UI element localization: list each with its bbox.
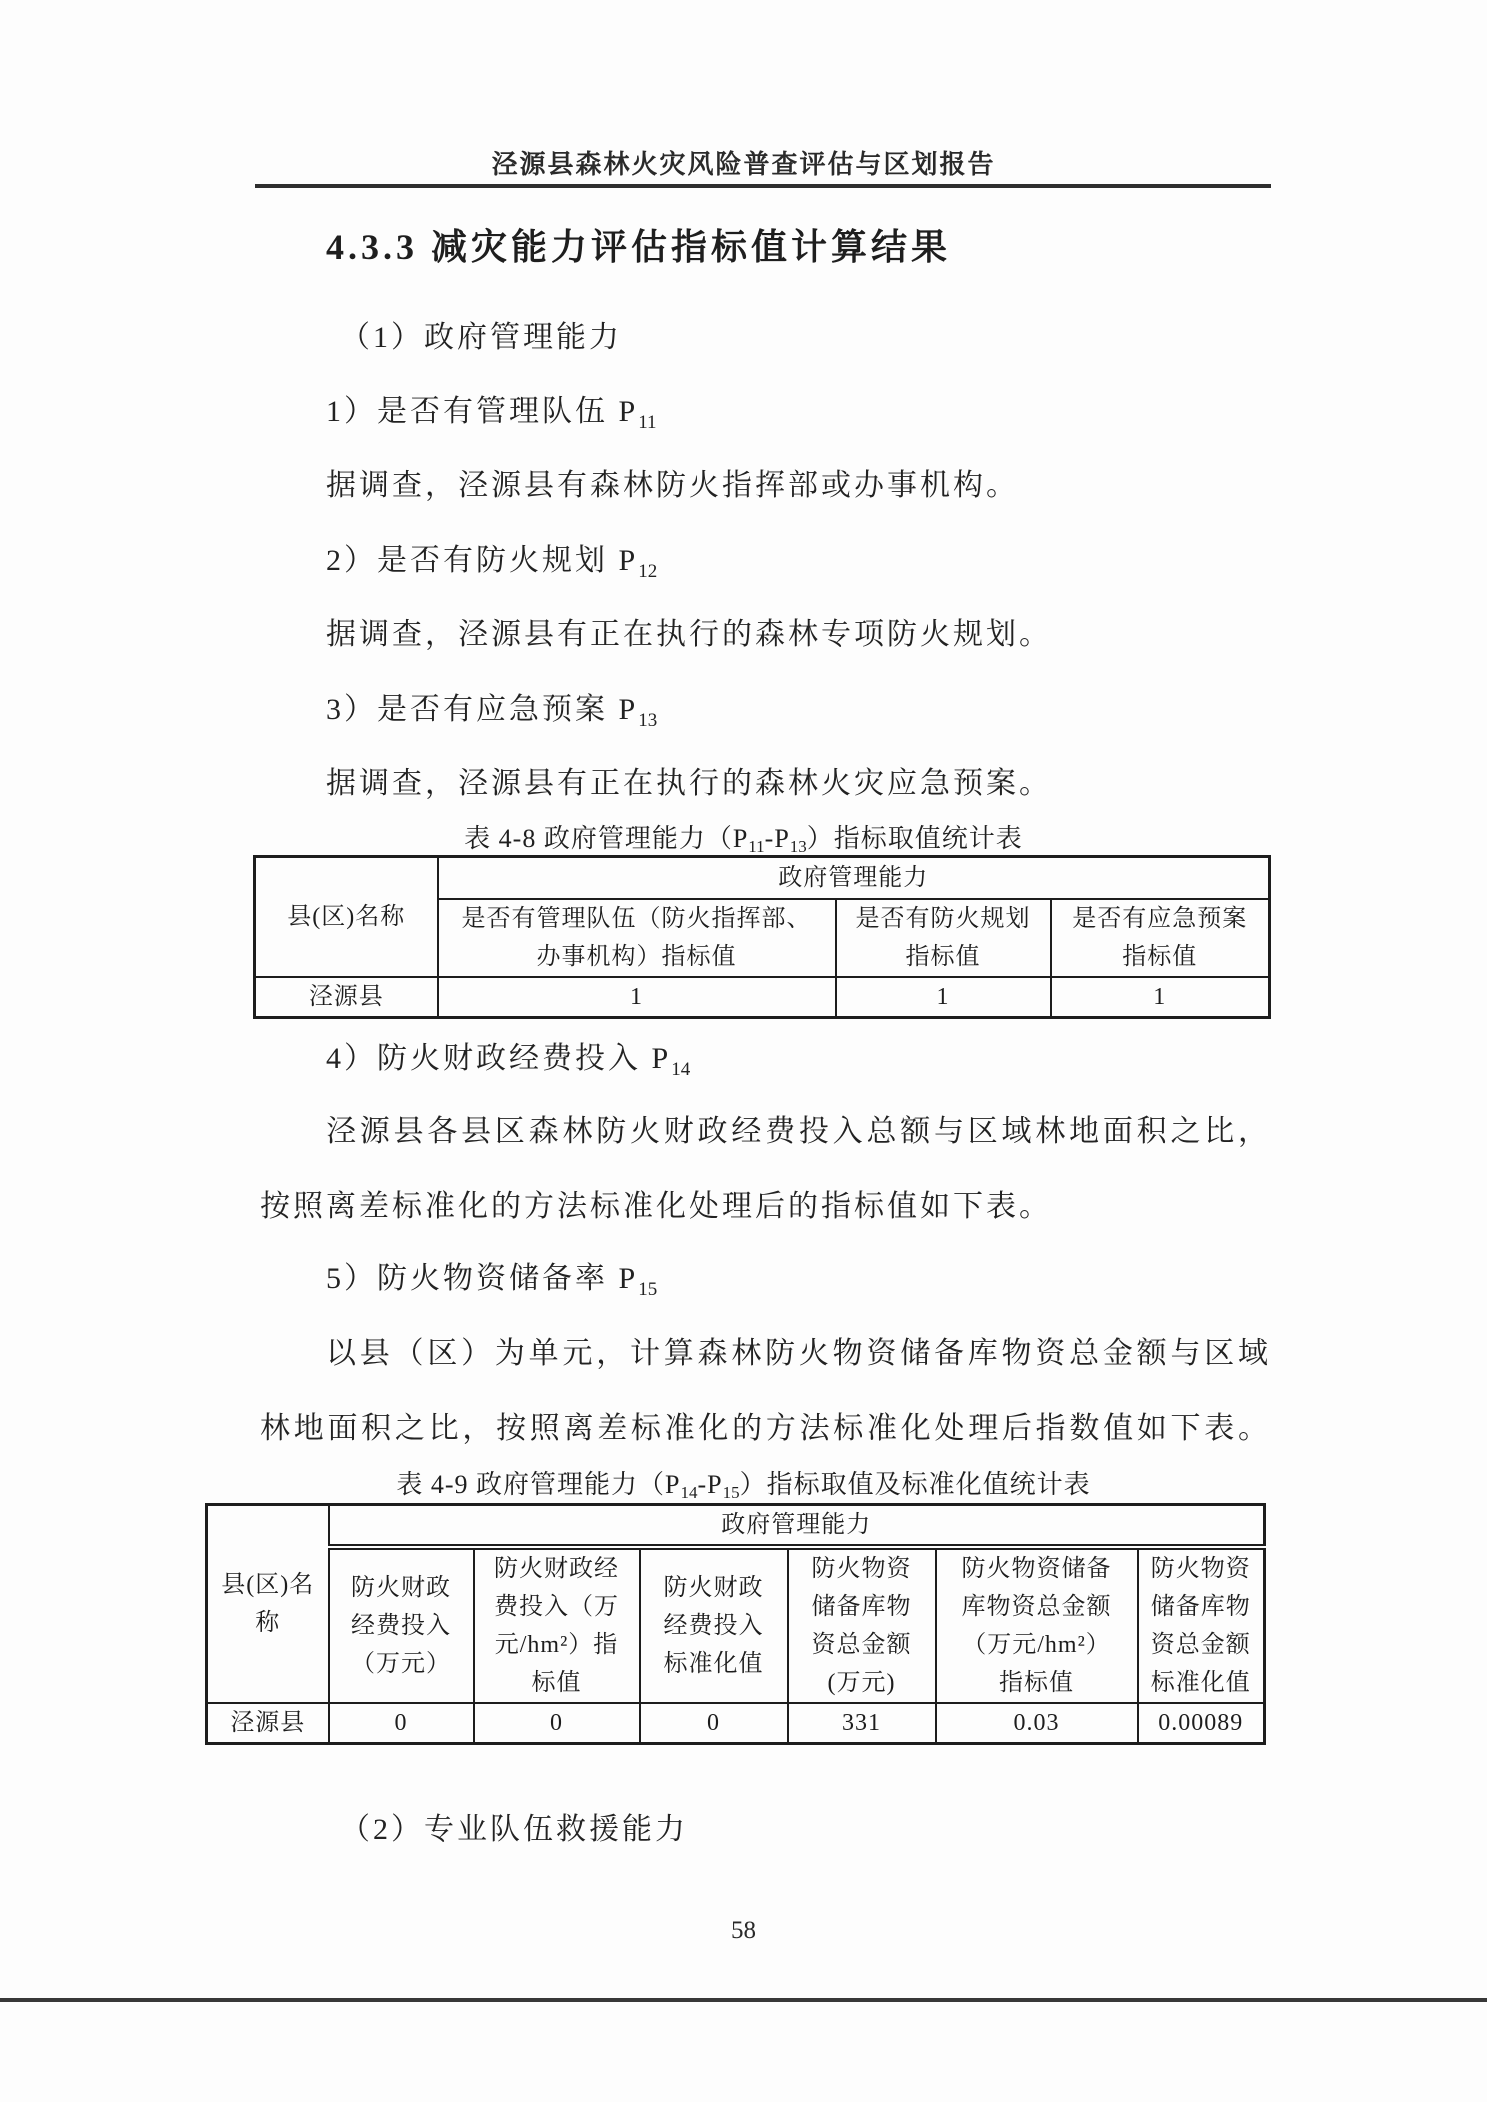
subsection-heading-2: （2）专业队伍救援能力 <box>340 1812 688 1848</box>
caption-text: -P <box>697 1470 722 1499</box>
data-cell: 0 <box>329 1703 474 1744</box>
list-item-5-text: 5）防火物资储备率 P <box>326 1262 638 1295</box>
data-cell: 0.00089 <box>1138 1703 1265 1744</box>
list-item-5: 5）防火物资储备率 P15 <box>326 1261 657 1297</box>
data-cell: 1 <box>438 977 836 1018</box>
table-row: 泾源县 0 0 0 331 0.03 0.00089 <box>207 1703 1265 1744</box>
table-4-8-caption: 表 4-8 政府管理能力（P11-P13）指标取值统计表 <box>0 818 1487 855</box>
caption-subscript: 14 <box>680 1483 697 1502</box>
caption-text: -P <box>765 824 790 853</box>
table-4-9: 县(区)名 称 政府管理能力 防火财政 经费投入 （万元） 防火财政经 费投入（… <box>205 1503 1266 1745</box>
paragraph-1: 据调查，泾源县有森林防火指挥部或办事机构。 <box>326 468 1019 504</box>
corner-header-cell: 县(区)名称 <box>255 857 438 977</box>
list-item-3: 3）是否有应急预案 P13 <box>326 692 657 728</box>
table-row: 泾源县 1 1 1 <box>255 977 1270 1018</box>
paragraph-2: 据调查，泾源县有正在执行的森林专项防火规划。 <box>326 617 1052 653</box>
paragraph-4-line-1: 泾源县各县区森林防火财政经费投入总额与区域林地面积之比， <box>260 1114 1271 1150</box>
caption-subscript: 13 <box>790 837 807 856</box>
paragraph-3: 据调查，泾源县有正在执行的森林火灾应急预案。 <box>326 766 1052 802</box>
page-number: 58 <box>0 1917 1487 1945</box>
group-header-cell: 政府管理能力 <box>329 1505 1265 1548</box>
table-4-9-caption: 表 4-9 政府管理能力（P14-P15）指标取值及标准化值统计表 <box>0 1464 1487 1501</box>
data-cell: 0.03 <box>936 1703 1138 1744</box>
list-item-4-text: 4）防火财政经费投入 P <box>326 1042 671 1075</box>
list-item-2-text: 2）是否有防火规划 P <box>326 544 638 577</box>
column-header-cell: 防火物资 储备库物 资总金额 标准化值 <box>1138 1547 1265 1703</box>
table-row: 防火财政 经费投入 （万元） 防火财政经 费投入（万 元/hm²）指 标值 防火… <box>207 1547 1265 1703</box>
list-item-2-subscript: 12 <box>638 561 657 582</box>
column-header-cell: 防火财政 经费投入 （万元） <box>329 1547 474 1703</box>
table-row: 县(区)名 称 政府管理能力 <box>207 1505 1265 1548</box>
list-item-4: 4）防火财政经费投入 P14 <box>326 1041 690 1077</box>
list-item-1: 1）是否有管理队伍 P11 <box>326 394 656 430</box>
list-item-4-subscript: 14 <box>671 1059 690 1080</box>
list-item-3-subscript: 13 <box>638 710 657 731</box>
page-header-title: 泾源县森林火灾风险普查评估与区划报告 <box>0 144 1487 181</box>
subsection-heading-1: （1）政府管理能力 <box>340 320 622 356</box>
column-header-cell: 是否有管理队伍（防火指挥部、 办事机构）指标值 <box>438 899 836 977</box>
corner-header-cell: 县(区)名 称 <box>207 1505 329 1704</box>
list-item-5-subscript: 15 <box>638 1279 657 1300</box>
row-label-cell: 泾源县 <box>255 977 438 1018</box>
column-header-cell: 是否有防火规划 指标值 <box>836 899 1051 977</box>
column-header-cell: 是否有应急预案 指标值 <box>1051 899 1270 977</box>
paragraph-5-line-2: 林地面积之比，按照离差标准化的方法标准化处理后指数值如下表。 <box>260 1411 1271 1447</box>
paragraph-5-line-1: 以县（区）为单元，计算森林防火物资储备库物资总金额与区域 <box>260 1336 1271 1372</box>
data-cell: 0 <box>474 1703 640 1744</box>
list-item-1-text: 1）是否有管理队伍 P <box>326 395 638 428</box>
caption-text: 表 4-9 政府管理能力（P <box>396 1470 680 1499</box>
section-heading: 4.3.3 减灾能力评估指标值计算结果 <box>326 228 951 268</box>
data-cell: 331 <box>788 1703 936 1744</box>
caption-text: ）指标取值统计表 <box>807 824 1023 853</box>
list-item-1-subscript: 11 <box>638 412 656 433</box>
caption-subscript: 15 <box>723 1483 740 1502</box>
caption-text: ）指标取值及标准化值统计表 <box>740 1470 1091 1499</box>
list-item-3-text: 3）是否有应急预案 P <box>326 693 638 726</box>
table-4-8: 县(区)名称 政府管理能力 是否有管理队伍（防火指挥部、 办事机构）指标值 是否… <box>253 855 1271 1019</box>
header-rule <box>255 184 1271 188</box>
paragraph-4-line-2: 按照离差标准化的方法标准化处理后的指标值如下表。 <box>260 1189 1052 1225</box>
column-header-cell: 防火物资储备 库物资总金额 （万元/hm²） 指标值 <box>936 1547 1138 1703</box>
data-cell: 1 <box>1051 977 1270 1018</box>
column-header-cell: 防火财政 经费投入 标准化值 <box>640 1547 788 1703</box>
group-header-cell: 政府管理能力 <box>438 857 1270 899</box>
table-row: 县(区)名称 政府管理能力 <box>255 857 1270 899</box>
document-page: 泾源县森林火灾风险普查评估与区划报告 4.3.3 减灾能力评估指标值计算结果 （… <box>0 0 1487 2102</box>
column-header-cell: 防火物资 储备库物 资总金额 (万元) <box>788 1547 936 1703</box>
row-label-cell: 泾源县 <box>207 1703 329 1744</box>
footer-rule <box>0 1998 1487 2002</box>
data-cell: 1 <box>836 977 1051 1018</box>
caption-subscript: 11 <box>748 837 764 856</box>
caption-text: 表 4-8 政府管理能力（P <box>464 824 748 853</box>
list-item-2: 2）是否有防火规划 P12 <box>326 543 657 579</box>
column-header-cell: 防火财政经 费投入（万 元/hm²）指 标值 <box>474 1547 640 1703</box>
data-cell: 0 <box>640 1703 788 1744</box>
